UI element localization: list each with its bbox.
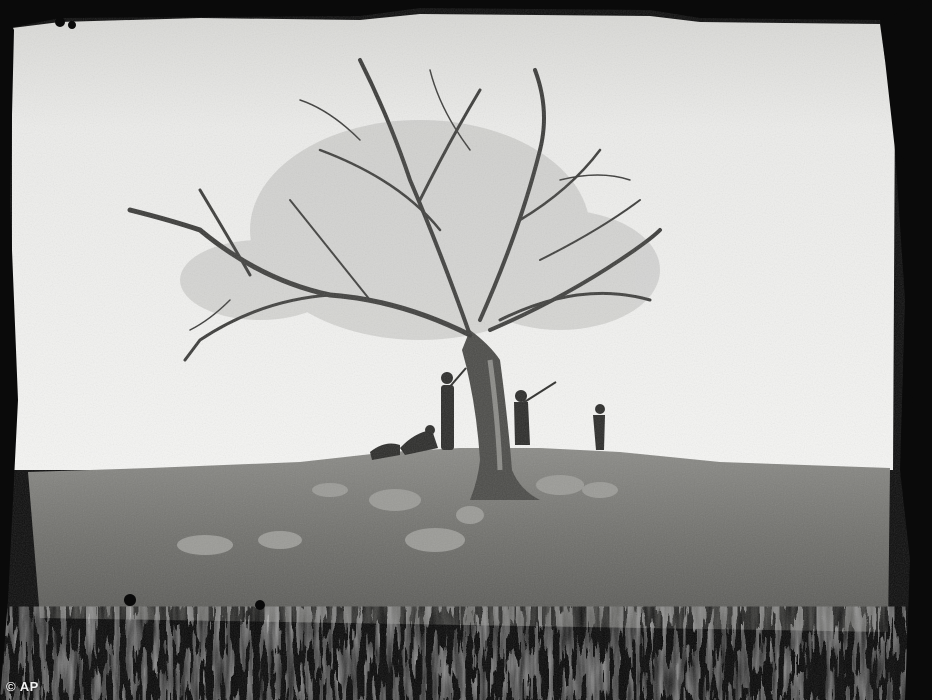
watermark-credit: © AP xyxy=(6,679,39,694)
photo-scene xyxy=(0,0,932,700)
historical-photograph: © AP xyxy=(0,0,932,700)
film-grain xyxy=(0,0,932,700)
